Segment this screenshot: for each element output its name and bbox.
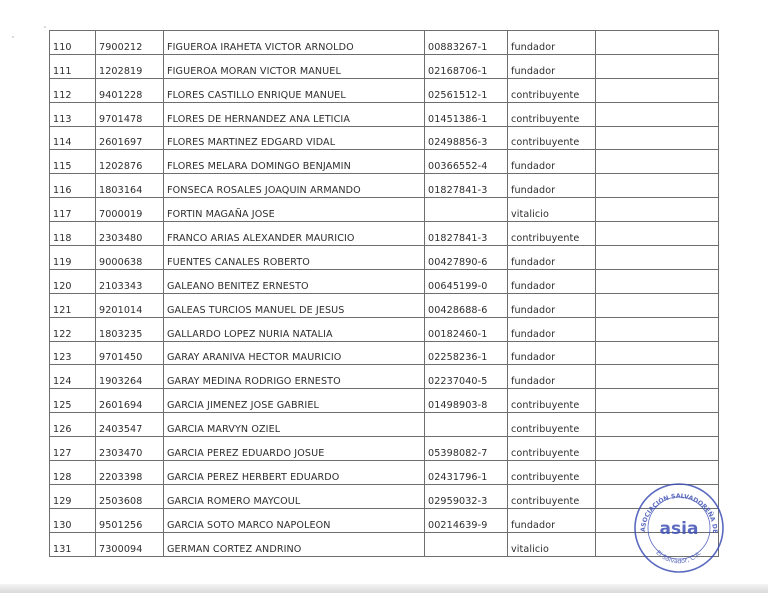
member-code-cell: 1803235 bbox=[96, 317, 164, 341]
member-dui-cell: 02959032-3 bbox=[425, 484, 508, 508]
member-category-cell: fundador bbox=[508, 341, 596, 365]
table-row: 1177000019FORTIN MAGAÑA JOSEvitalicio bbox=[50, 198, 719, 222]
member-dui-cell: 01827841-3 bbox=[425, 174, 508, 198]
member-name-cell: FIGUEROA MORAN VICTOR MANUEL bbox=[164, 54, 425, 78]
member-category-cell: contribuyente bbox=[508, 78, 596, 102]
table-row: 1239701450GARAY ARANIVA HECTOR MAURICIO0… bbox=[50, 341, 719, 365]
member-name-cell: FRANCO ARIAS ALEXANDER MAURICIO bbox=[164, 222, 425, 246]
member-name-cell: FORTIN MAGAÑA JOSE bbox=[164, 198, 425, 222]
member-code-cell: 9000638 bbox=[96, 246, 164, 270]
member-dui-cell: 00428688-6 bbox=[425, 293, 508, 317]
member-number-cell: 112 bbox=[50, 78, 96, 102]
member-notes-cell bbox=[596, 365, 719, 389]
member-category-cell: contribuyente bbox=[508, 126, 596, 150]
member-name-cell: GARCIA ROMERO MAYCOUL bbox=[164, 484, 425, 508]
member-code-cell: 1903264 bbox=[96, 365, 164, 389]
member-category-cell: contribuyente bbox=[508, 389, 596, 413]
table-row: 1252601694GARCIA JIMENEZ JOSE GABRIEL014… bbox=[50, 389, 719, 413]
table-row: 1111202819FIGUEROA MORAN VICTOR MANUEL02… bbox=[50, 54, 719, 78]
member-notes-cell bbox=[596, 461, 719, 485]
member-category-cell: fundador bbox=[508, 508, 596, 532]
member-notes-cell bbox=[596, 341, 719, 365]
member-notes-cell bbox=[596, 102, 719, 126]
member-category-cell: contribuyente bbox=[508, 222, 596, 246]
member-name-cell: GARCIA SOTO MARCO NAPOLEON bbox=[164, 508, 425, 532]
member-name-cell: FIGUEROA IRAHETA VICTOR ARNOLDO bbox=[164, 31, 425, 55]
member-name-cell: GARCIA PEREZ HERBERT EDUARDO bbox=[164, 461, 425, 485]
table-row: 1129401228FLORES CASTILLO ENRIQUE MANUEL… bbox=[50, 78, 719, 102]
member-name-cell: GERMAN CORTEZ ANDRINO bbox=[164, 532, 425, 556]
member-name-cell: GALEANO BENITEZ ERNESTO bbox=[164, 269, 425, 293]
member-dui-cell bbox=[425, 413, 508, 437]
table-row: 1262403547GARCIA MARVYN OZIELcontribuyen… bbox=[50, 413, 719, 437]
member-code-cell: 7900212 bbox=[96, 31, 164, 55]
member-dui-cell: 02168706-1 bbox=[425, 54, 508, 78]
member-code-cell: 2503608 bbox=[96, 484, 164, 508]
member-number-cell: 119 bbox=[50, 246, 96, 270]
member-code-cell: 9501256 bbox=[96, 508, 164, 532]
member-code-cell: 2203398 bbox=[96, 461, 164, 485]
member-name-cell: GARCIA JIMENEZ JOSE GABRIEL bbox=[164, 389, 425, 413]
member-number-cell: 129 bbox=[50, 484, 96, 508]
member-name-cell: GARAY ARANIVA HECTOR MAURICIO bbox=[164, 341, 425, 365]
member-code-cell: 2601694 bbox=[96, 389, 164, 413]
member-number-cell: 121 bbox=[50, 293, 96, 317]
member-dui-cell: 02561512-1 bbox=[425, 78, 508, 102]
member-dui-cell bbox=[425, 198, 508, 222]
member-number-cell: 131 bbox=[50, 532, 96, 556]
member-dui-cell: 00883267-1 bbox=[425, 31, 508, 55]
member-category-cell: fundador bbox=[508, 54, 596, 78]
table-row: 1219201014GALEAS TURCIOS MANUEL DE JESUS… bbox=[50, 293, 719, 317]
member-notes-cell bbox=[596, 437, 719, 461]
member-category-cell: contribuyente bbox=[508, 484, 596, 508]
member-dui-cell: 02431796-1 bbox=[425, 461, 508, 485]
table-row: 1202103343GALEANO BENITEZ ERNESTO0064519… bbox=[50, 269, 719, 293]
member-category-cell: contribuyente bbox=[508, 461, 596, 485]
seal-logo-text: asia bbox=[660, 519, 699, 539]
member-number-cell: 123 bbox=[50, 341, 96, 365]
scan-speck bbox=[44, 26, 46, 28]
member-number-cell: 130 bbox=[50, 508, 96, 532]
member-category-cell: vitalicio bbox=[508, 198, 596, 222]
table-row: 1272303470GARCIA PEREZ EDUARDO JOSUE0539… bbox=[50, 437, 719, 461]
page-edge bbox=[0, 584, 768, 593]
member-notes-cell bbox=[596, 150, 719, 174]
member-category-cell: contribuyente bbox=[508, 437, 596, 461]
member-code-cell: 1202819 bbox=[96, 54, 164, 78]
member-name-cell: GALLARDO LOPEZ NURIA NATALIA bbox=[164, 317, 425, 341]
member-dui-cell: 00214639-9 bbox=[425, 508, 508, 532]
table-row: 1317300094GERMAN CORTEZ ANDRINOvitalicio bbox=[50, 532, 719, 556]
member-category-cell: contribuyente bbox=[508, 102, 596, 126]
member-code-cell: 2403547 bbox=[96, 413, 164, 437]
member-number-cell: 118 bbox=[50, 222, 96, 246]
member-code-cell: 9401228 bbox=[96, 78, 164, 102]
member-name-cell: GARCIA PEREZ EDUARDO JOSUE bbox=[164, 437, 425, 461]
member-code-cell: 2303480 bbox=[96, 222, 164, 246]
member-name-cell: GALEAS TURCIOS MANUEL DE JESUS bbox=[164, 293, 425, 317]
member-number-cell: 124 bbox=[50, 365, 96, 389]
member-name-cell: FLORES DE HERNANDEZ ANA LETICIA bbox=[164, 102, 425, 126]
members-table-body: 1107900212FIGUEROA IRAHETA VICTOR ARNOLD… bbox=[50, 31, 719, 557]
member-code-cell: 7300094 bbox=[96, 532, 164, 556]
member-category-cell: vitalicio bbox=[508, 532, 596, 556]
table-row: 1282203398GARCIA PEREZ HERBERT EDUARDO02… bbox=[50, 461, 719, 485]
asia-seal-stamp: ASOCIACIÓN SALVADOREÑA DE INGENIEROS Y A… bbox=[633, 482, 725, 574]
member-category-cell: fundador bbox=[508, 174, 596, 198]
member-code-cell: 2303470 bbox=[96, 437, 164, 461]
member-code-cell: 9201014 bbox=[96, 293, 164, 317]
member-dui-cell: 01827841-3 bbox=[425, 222, 508, 246]
member-number-cell: 122 bbox=[50, 317, 96, 341]
member-notes-cell bbox=[596, 389, 719, 413]
member-code-cell: 9701450 bbox=[96, 341, 164, 365]
member-notes-cell bbox=[596, 413, 719, 437]
member-category-cell: fundador bbox=[508, 293, 596, 317]
table-row: 1182303480FRANCO ARIAS ALEXANDER MAURICI… bbox=[50, 222, 719, 246]
member-name-cell: FLORES MARTINEZ EDGARD VIDAL bbox=[164, 126, 425, 150]
member-dui-cell: 00645199-0 bbox=[425, 269, 508, 293]
table-row: 1142601697FLORES MARTINEZ EDGARD VIDAL02… bbox=[50, 126, 719, 150]
member-notes-cell bbox=[596, 126, 719, 150]
member-name-cell: FLORES CASTILLO ENRIQUE MANUEL bbox=[164, 78, 425, 102]
member-number-cell: 120 bbox=[50, 269, 96, 293]
member-code-cell: 2103343 bbox=[96, 269, 164, 293]
member-name-cell: FUENTES CANALES ROBERTO bbox=[164, 246, 425, 270]
member-name-cell: FLORES MELARA DOMINGO BENJAMIN bbox=[164, 150, 425, 174]
member-number-cell: 115 bbox=[50, 150, 96, 174]
member-notes-cell bbox=[596, 293, 719, 317]
member-dui-cell: 01498903-8 bbox=[425, 389, 508, 413]
member-code-cell: 7000019 bbox=[96, 198, 164, 222]
table-row: 1309501256GARCIA SOTO MARCO NAPOLEON0021… bbox=[50, 508, 719, 532]
members-table: 1107900212FIGUEROA IRAHETA VICTOR ARNOLD… bbox=[49, 30, 719, 557]
member-dui-cell: 00427890-6 bbox=[425, 246, 508, 270]
member-number-cell: 125 bbox=[50, 389, 96, 413]
table-row: 1292503608GARCIA ROMERO MAYCOUL02959032-… bbox=[50, 484, 719, 508]
member-name-cell: GARCIA MARVYN OZIEL bbox=[164, 413, 425, 437]
table-row: 1151202876FLORES MELARA DOMINGO BENJAMIN… bbox=[50, 150, 719, 174]
member-name-cell: FONSECA ROSALES JOAQUIN ARMANDO bbox=[164, 174, 425, 198]
member-notes-cell bbox=[596, 31, 719, 55]
member-dui-cell bbox=[425, 532, 508, 556]
member-dui-cell: 01451386-1 bbox=[425, 102, 508, 126]
table-row: 1199000638FUENTES CANALES ROBERTO0042789… bbox=[50, 246, 719, 270]
member-number-cell: 127 bbox=[50, 437, 96, 461]
member-notes-cell bbox=[596, 54, 719, 78]
member-dui-cell: 02258236-1 bbox=[425, 341, 508, 365]
scan-speck bbox=[12, 36, 14, 38]
member-number-cell: 113 bbox=[50, 102, 96, 126]
member-notes-cell bbox=[596, 78, 719, 102]
member-category-cell: fundador bbox=[508, 317, 596, 341]
member-number-cell: 117 bbox=[50, 198, 96, 222]
member-notes-cell bbox=[596, 246, 719, 270]
member-code-cell: 2601697 bbox=[96, 126, 164, 150]
table-row: 1221803235GALLARDO LOPEZ NURIA NATALIA00… bbox=[50, 317, 719, 341]
member-dui-cell: 00182460-1 bbox=[425, 317, 508, 341]
member-number-cell: 114 bbox=[50, 126, 96, 150]
member-category-cell: fundador bbox=[508, 246, 596, 270]
member-category-cell: fundador bbox=[508, 150, 596, 174]
table-row: 1139701478FLORES DE HERNANDEZ ANA LETICI… bbox=[50, 102, 719, 126]
member-code-cell: 1803164 bbox=[96, 174, 164, 198]
member-notes-cell bbox=[596, 222, 719, 246]
member-category-cell: fundador bbox=[508, 269, 596, 293]
member-dui-cell: 02498856-3 bbox=[425, 126, 508, 150]
member-dui-cell: 02237040-5 bbox=[425, 365, 508, 389]
member-number-cell: 128 bbox=[50, 461, 96, 485]
svg-text:El Salvador, C.A.: El Salvador, C.A. bbox=[654, 549, 703, 565]
member-number-cell: 110 bbox=[50, 31, 96, 55]
member-code-cell: 1202876 bbox=[96, 150, 164, 174]
member-notes-cell bbox=[596, 269, 719, 293]
member-code-cell: 9701478 bbox=[96, 102, 164, 126]
member-category-cell: fundador bbox=[508, 31, 596, 55]
member-dui-cell: 00366552-4 bbox=[425, 150, 508, 174]
member-number-cell: 126 bbox=[50, 413, 96, 437]
seal-ring-text-bottom: El Salvador, C.A. bbox=[654, 549, 703, 565]
member-notes-cell bbox=[596, 198, 719, 222]
member-number-cell: 116 bbox=[50, 174, 96, 198]
table-row: 1241903264GARAY MEDINA RODRIGO ERNESTO02… bbox=[50, 365, 719, 389]
member-notes-cell bbox=[596, 174, 719, 198]
member-dui-cell: 05398082-7 bbox=[425, 437, 508, 461]
table-row: 1161803164FONSECA ROSALES JOAQUIN ARMAND… bbox=[50, 174, 719, 198]
table-row: 1107900212FIGUEROA IRAHETA VICTOR ARNOLD… bbox=[50, 31, 719, 55]
member-category-cell: contribuyente bbox=[508, 413, 596, 437]
member-notes-cell bbox=[596, 317, 719, 341]
member-name-cell: GARAY MEDINA RODRIGO ERNESTO bbox=[164, 365, 425, 389]
member-number-cell: 111 bbox=[50, 54, 96, 78]
member-category-cell: fundador bbox=[508, 365, 596, 389]
